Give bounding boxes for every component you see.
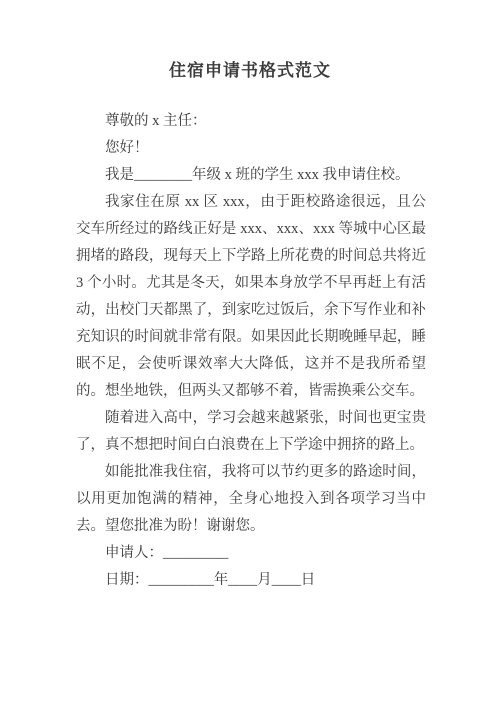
- self-introduction-line: 我是________年级 x 班的学生 xxx 我申请住校。: [76, 162, 426, 189]
- document-body: 尊敬的 x 主任： 您好！ 我是________年级 x 班的学生 xxx 我申…: [76, 108, 426, 594]
- body-paragraph-commute: 我家住在原 xx 区 xxx，由于距校路途很远，且公交车所经过的路线正好是 xx…: [76, 189, 426, 405]
- applicant-signature-line: 申请人：_________: [76, 540, 426, 567]
- body-paragraph-request: 如能批准我住宿，我将可以节约更多的路途时间，以用更加饱满的精神，全身心地投入到各…: [76, 459, 426, 540]
- document-title: 住宿申请书格式范文: [0, 0, 500, 82]
- greeting-line: 您好！: [76, 135, 426, 162]
- body-paragraph-highschool: 随着进入高中，学习会越来越紧张，时间也更宝贵了，真不想把时间白白浪费在上下学途中…: [76, 405, 426, 459]
- date-line: 日期：_________年____月____日: [76, 567, 426, 594]
- salutation-line: 尊敬的 x 主任：: [76, 108, 426, 135]
- dormitory-application-document: 住宿申请书格式范文 尊敬的 x 主任： 您好！ 我是________年级 x 班…: [0, 0, 500, 708]
